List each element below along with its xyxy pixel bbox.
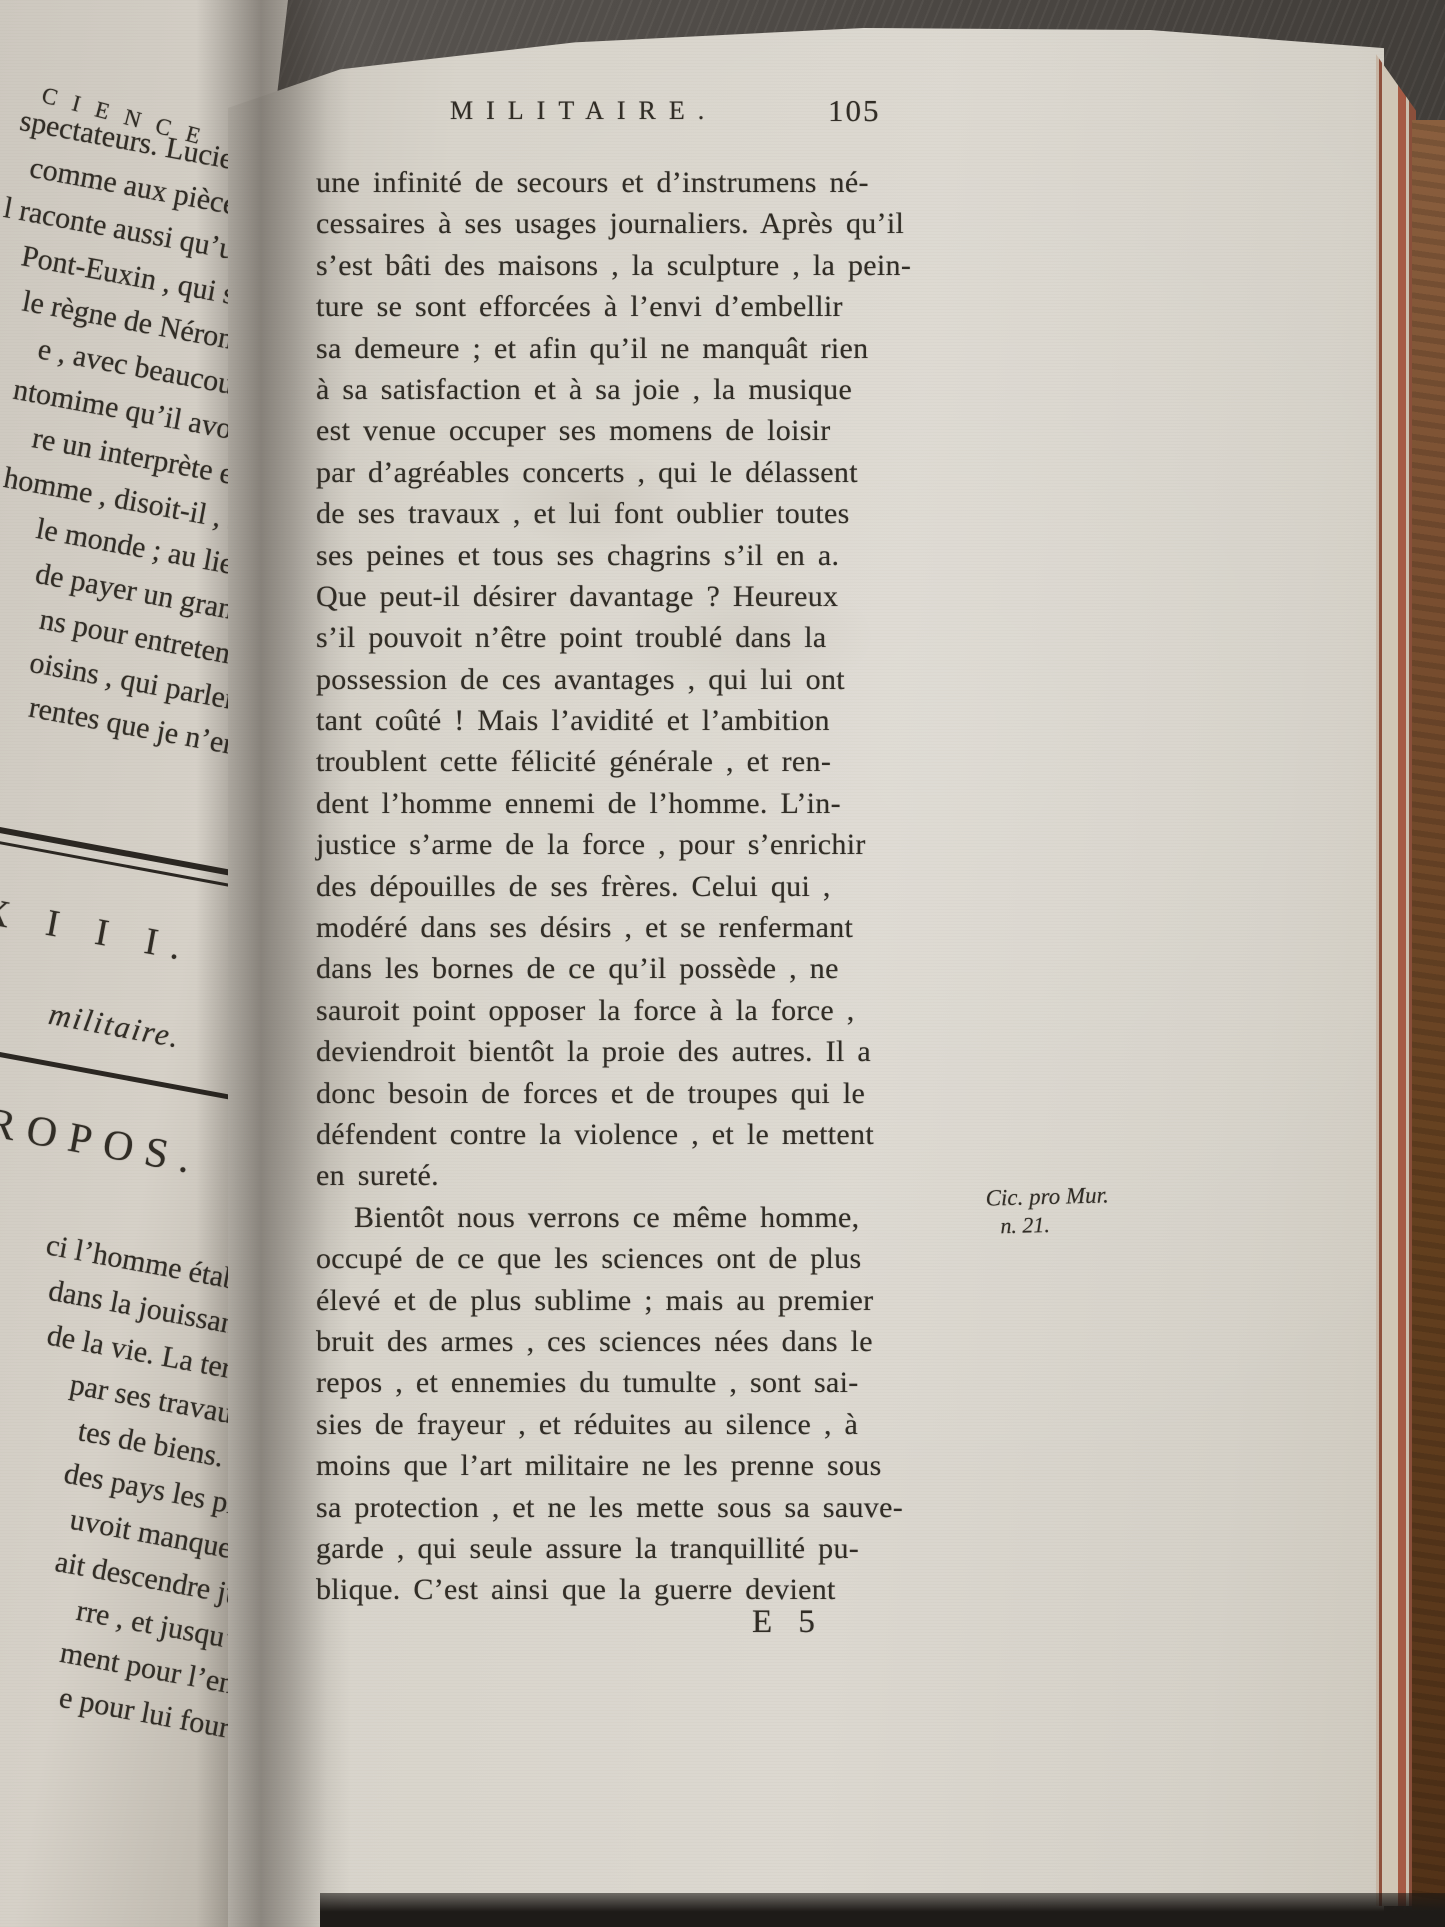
margin-note-citation: Cic. pro Mur.	[985, 1182, 1109, 1211]
chapter-rule-double	[0, 823, 244, 889]
text-line: ture se sont efforcées à l’envi d’embell…	[316, 286, 996, 327]
left-lower-text: ci l’homme établi,dans la jouissancede l…	[14, 1262, 262, 1757]
text-line: ses peines et tous ses chagrins s’il en …	[316, 535, 996, 576]
left-upper-text: spectateurs. Luciencomme aux piècesl rac…	[0, 140, 248, 770]
text-line: défendent contre la violence , et le met…	[316, 1114, 996, 1155]
margin-note-reference: n. 21.	[1000, 1210, 1110, 1239]
running-header: MILITAIRE.	[450, 96, 717, 126]
text-line: moins que l’art militaire ne les prenne …	[316, 1445, 996, 1486]
text-line: une infinité de secours et d’instrumens …	[316, 162, 996, 203]
text-line: justice s’arme de la force , pour s’enri…	[316, 824, 996, 865]
chapter-number: X X I I I.	[0, 877, 198, 971]
text-line: dans les bornes de ce qu’il possède , ne	[316, 948, 996, 989]
chapter-subtitle: militaire.	[46, 996, 184, 1056]
section-rule	[0, 1050, 248, 1103]
signature-mark: E 5	[752, 1604, 824, 1641]
text-line: s’est bâti des maisons , la sculpture , …	[316, 245, 996, 286]
text-line: est venue occuper ses momens de loisir	[316, 410, 996, 451]
text-line: sies de frayeur , et réduites au silence…	[316, 1404, 996, 1445]
page-number: 105	[828, 93, 881, 129]
text-line: en sureté.	[316, 1155, 996, 1196]
text-line: tant coûté ! Mais l’avidité et l’ambitio…	[316, 700, 996, 741]
leather-cover	[1412, 120, 1445, 1910]
text-line: cessaires à ses usages journaliers. Aprè…	[316, 203, 996, 244]
page-edges	[1376, 26, 1416, 1906]
text-line: possession de ces avantages , qui lui on…	[316, 659, 996, 700]
text-line: Que peut-il désirer davantage ? Heureux	[316, 576, 996, 617]
text-line: sa demeure ; et afin qu’il ne manquât ri…	[316, 328, 996, 369]
margin-note: Cic. pro Mur. n. 21.	[985, 1182, 1109, 1239]
text-line: sauroit point opposer la force à la forc…	[316, 990, 996, 1031]
book-photo: CIENCE spectateurs. Luciencomme aux pièc…	[0, 0, 1445, 1927]
text-line: s’il pouvoit n’être point troublé dans l…	[316, 617, 996, 658]
text-line: à sa satisfaction et à sa joie , la musi…	[316, 369, 996, 410]
text-line: troublent cette félicité générale , et r…	[316, 741, 996, 782]
text-line: sa protection , et ne les mette sous sa …	[316, 1487, 996, 1528]
text-line: bruit des armes , ces sciences nées dans…	[316, 1321, 996, 1362]
text-line: blique. C’est ainsi que la guerre devien…	[316, 1569, 996, 1610]
text-line: élevé et de plus sublime ; mais au premi…	[316, 1280, 996, 1321]
section-heading: ROPOS.	[0, 1099, 206, 1186]
text-line: Bientôt nous verrons ce même homme,	[316, 1197, 996, 1238]
text-line: dent l’homme ennemi de l’homme. L’in-	[316, 783, 996, 824]
rule-bar	[0, 837, 241, 889]
text-line: garde , qui seule assure la tranquillité…	[316, 1528, 996, 1569]
main-text: une infinité de secours et d’instrumens …	[316, 162, 996, 1611]
text-line: repos , et ennemies du tumulte , sont sa…	[316, 1362, 996, 1403]
text-line: de ses travaux , et lui font oublier tou…	[316, 493, 996, 534]
text-line: des dépouilles de ses frères. Celui qui …	[316, 866, 996, 907]
text-line: donc besoin de forces et de troupes qui …	[316, 1073, 996, 1114]
text-line: modéré dans ses désirs , et se renferman…	[316, 907, 996, 948]
text-line: deviendroit bientôt la proie des autres.…	[316, 1031, 996, 1072]
bottom-shadow	[320, 1893, 1445, 1927]
text-line: occupé de ce que les sciences ont de plu…	[316, 1238, 996, 1279]
right-page: MILITAIRE. 105 une infinité de secours e…	[228, 0, 1384, 1927]
text-line: par d’agréables concerts , qui le délass…	[316, 452, 996, 493]
